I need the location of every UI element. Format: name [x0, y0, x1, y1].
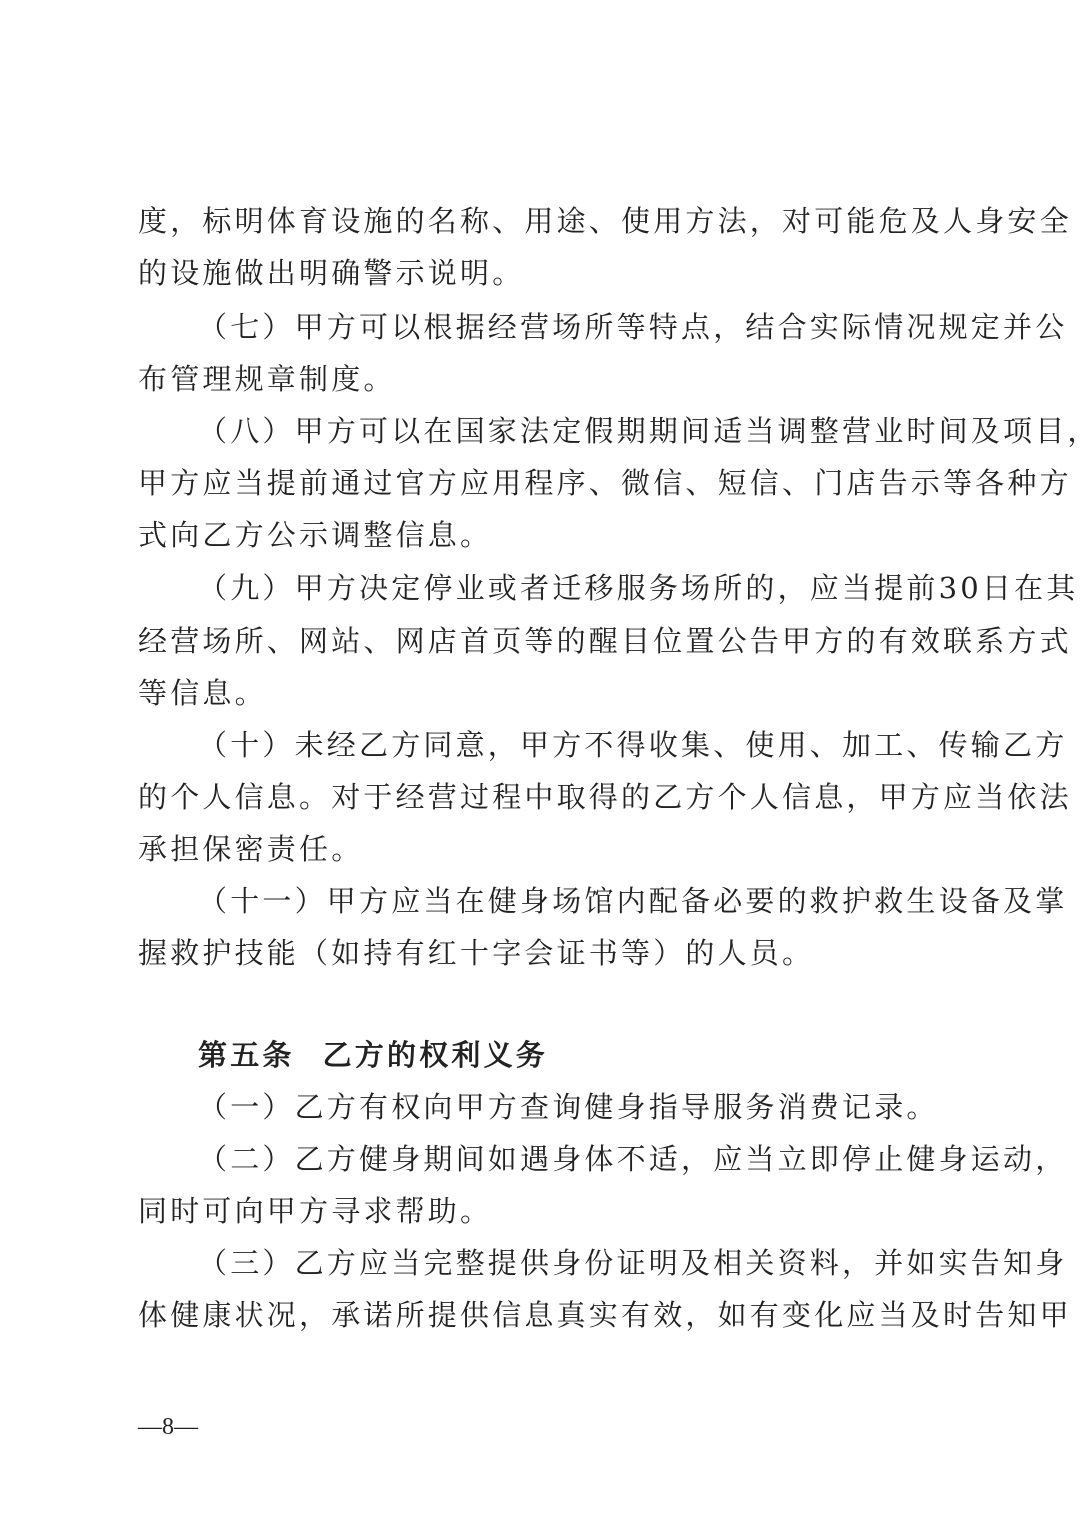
text-line: 握救护技能（如持有红十字会证书等）的人员。	[138, 933, 943, 973]
text-line: （十）未经乙方同意，甲方不得收集、使用、加工、传输乙方	[198, 725, 943, 765]
text-line: 甲方应当提前通过官方应用程序、微信、短信、门店告示等各种方	[138, 463, 943, 503]
text-line: 经营场所、网站、网店首页等的醒目位置公告甲方的有效联系方式	[138, 621, 943, 661]
text-line: 的设施做出明确警示说明。	[138, 253, 943, 293]
text-line: （一）乙方有权向甲方查询健身指导服务消费记录。	[198, 1087, 943, 1127]
text-line: （七）甲方可以根据经营场所等特点，结合实际情况规定并公	[198, 307, 943, 347]
text-line: 体健康状况，承诺所提供信息真实有效，如有变化应当及时告知甲	[138, 1295, 943, 1335]
text-line: （三）乙方应当完整提供身份证明及相关资料，并如实告知身	[198, 1243, 943, 1283]
page-number: —8—	[138, 1412, 198, 1442]
section-heading: 第五条乙方的权利义务	[198, 1035, 943, 1075]
text-line: （二）乙方健身期间如遇身体不适，应当立即停止健身运动，	[198, 1139, 943, 1179]
text-line: 等信息。	[138, 673, 943, 713]
text-line: 承担保密责任。	[138, 829, 943, 869]
text-line: （九）甲方决定停业或者迁移服务场所的，应当提前30日在其	[198, 568, 943, 608]
text-line: （十一）甲方应当在健身场馆内配备必要的救护救生设备及掌	[198, 881, 943, 921]
text-line: 式向乙方公示调整信息。	[138, 515, 943, 555]
section-title: 乙方的权利义务	[323, 1038, 548, 1072]
section-number: 第五条	[198, 1038, 295, 1072]
text-line: （八）甲方可以在国家法定假期期间适当调整营业时间及项目，	[198, 411, 943, 451]
text-line: 布管理规章制度。	[138, 359, 943, 399]
text-line: 同时可向甲方寻求帮助。	[138, 1191, 943, 1231]
text-line: 度，标明体育设施的名称、用途、使用方法，对可能危及人身安全	[138, 201, 943, 241]
text-line: 的个人信息。对于经营过程中取得的乙方个人信息，甲方应当依法	[138, 777, 943, 817]
